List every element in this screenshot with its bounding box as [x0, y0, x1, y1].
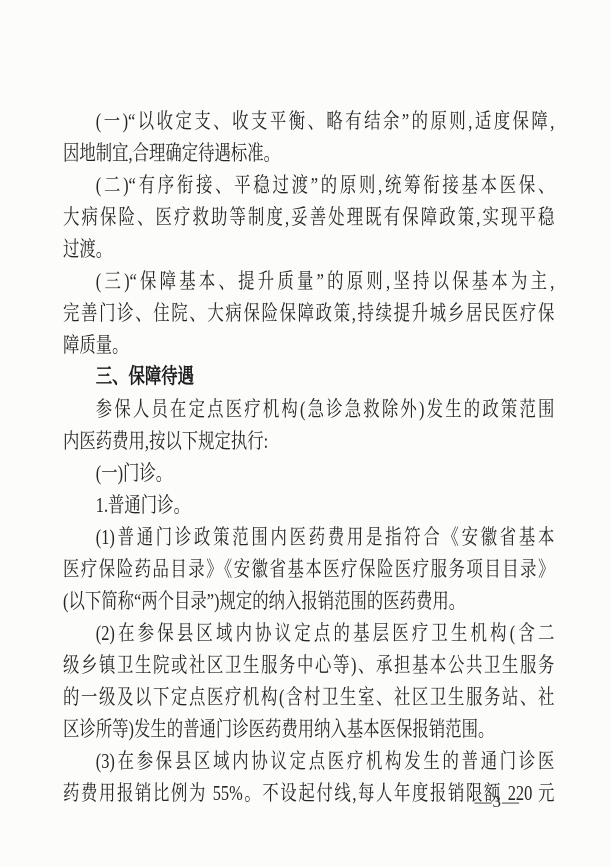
page-number: —3— — [475, 791, 521, 813]
text-line: 级乡镇卫生院或社区卫生服务中心等)、承担基本公共卫生服务 — [63, 649, 554, 681]
text-line: 大病保险、医疗救助等制度,妥善处理既有保障政策,实现平稳 — [63, 201, 554, 233]
paragraph: (1)普通门诊政策范围内医药费用是指符合《安徽省基本 医疗保险药品目录》《安徽省… — [63, 521, 554, 617]
section-heading-text: 三、保障待遇 — [63, 361, 554, 393]
text-line: 的一级及以下定点医疗机构(含村卫生室、社区卫生服务站、社 — [63, 681, 554, 713]
text-line: 因地制宜,合理确定待遇标准。 — [63, 137, 554, 169]
text-line: (一)门诊。 — [63, 457, 554, 489]
text-line: 障质量。 — [63, 329, 554, 361]
text-line: (以下简称“两个目录”)规定的纳入报销范围的医药费用。 — [63, 585, 554, 617]
text-line: 内医药费用,按以下规定执行: — [63, 425, 554, 457]
paragraph: (一)门诊。 — [63, 457, 554, 489]
text-line: 完善门诊、住院、大病保险保障政策,持续提升城乡居民医疗保 — [63, 297, 554, 329]
paragraph: (一)“以收定支、收支平衡、略有结余”的原则,适度保障, 因地制宜,合理确定待遇… — [63, 105, 554, 169]
document-body: (一)“以收定支、收支平衡、略有结余”的原则,适度保障, 因地制宜,合理确定待遇… — [63, 105, 554, 809]
text-line: (三)“保障基本、提升质量”的原则,坚持以保基本为主, — [63, 265, 554, 297]
text-line: (二)“有序衔接、平稳过渡”的原则,统筹衔接基本医保、 — [63, 169, 554, 201]
text-line: 1.普通门诊。 — [63, 489, 554, 521]
section-heading: 三、保障待遇 — [63, 361, 554, 393]
document-page: (一)“以收定支、收支平衡、略有结余”的原则,适度保障, 因地制宜,合理确定待遇… — [0, 0, 611, 867]
paragraph: (2)在参保县区域内协议定点的基层医疗卫生机构(含二 级乡镇卫生院或社区卫生服务… — [63, 617, 554, 745]
text-line: (1)普通门诊政策范围内医药费用是指符合《安徽省基本 — [63, 521, 554, 553]
text-line: 过渡。 — [63, 233, 554, 265]
paragraph: (二)“有序衔接、平稳过渡”的原则,统筹衔接基本医保、 大病保险、医疗救助等制度… — [63, 169, 554, 265]
text-line: (3)在参保县区域内协议定点医疗机构发生的普通门诊医 — [63, 745, 554, 777]
text-line: 区诊所等)发生的普通门诊医药费用纳入基本医保报销范围。 — [63, 713, 554, 745]
paragraph: (三)“保障基本、提升质量”的原则,坚持以保基本为主, 完善门诊、住院、大病保险… — [63, 265, 554, 361]
text-line: 医疗保险药品目录》《安徽省基本医疗保险医疗服务项目目录》 — [63, 553, 554, 585]
text-line: (2)在参保县区域内协议定点的基层医疗卫生机构(含二 — [63, 617, 554, 649]
text-line: 参保人员在定点医疗机构(急诊急救除外)发生的政策范围 — [63, 393, 554, 425]
text-line: (一)“以收定支、收支平衡、略有结余”的原则,适度保障, — [63, 105, 554, 137]
paragraph: 参保人员在定点医疗机构(急诊急救除外)发生的政策范围 内医药费用,按以下规定执行… — [63, 393, 554, 457]
paragraph: 1.普通门诊。 — [63, 489, 554, 521]
